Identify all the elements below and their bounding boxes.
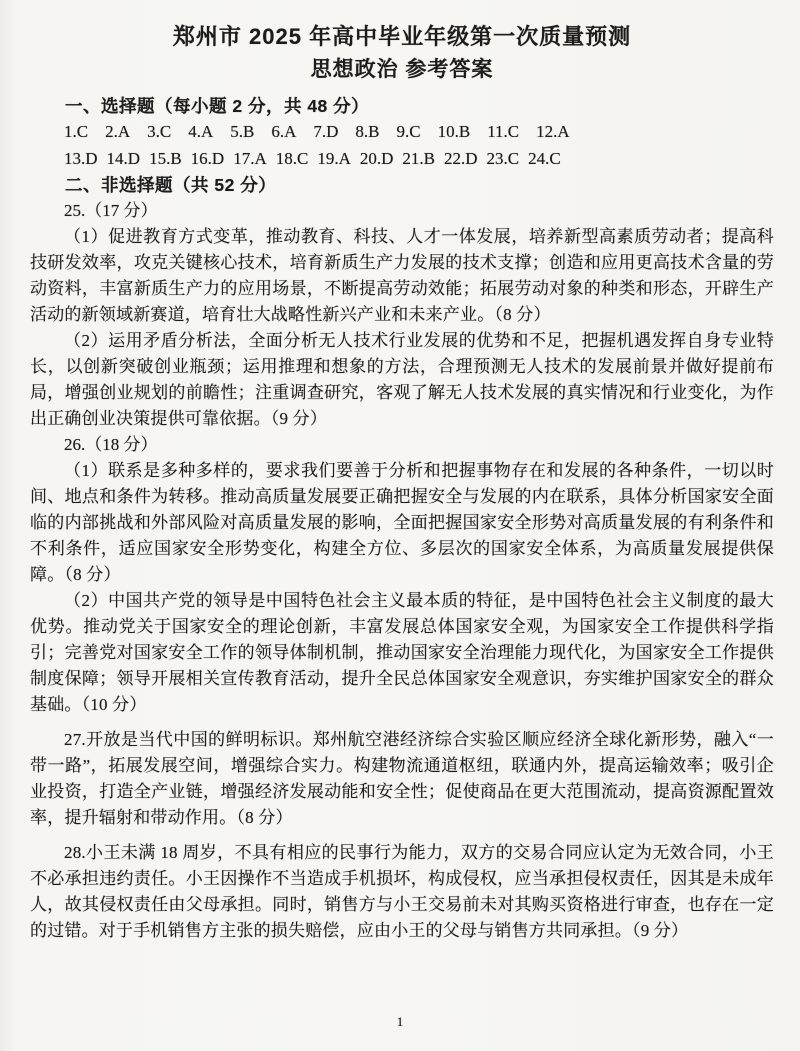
document-page: 郑州市 2025 年高中毕业年级第一次质量预测 思想政治 参考答案 一、选择题（…: [0, 0, 800, 944]
question-number: 26.（18 分）: [30, 432, 774, 458]
answer-item: 19.A: [317, 149, 351, 168]
answer-item: 14.D: [107, 149, 141, 168]
answer-paragraph: （2）中国共产党的领导是中国特色社会主义最本质的特征，是中国特色社会主义制度的最…: [30, 588, 774, 718]
section-heading-nonchoice: 二、非选择题（共 52 分）: [30, 172, 774, 198]
answer-paragraph: （1）联系是多种多样的，要求我们要善于分析和把握事物存在和发展的各种条件，一切以…: [30, 458, 774, 588]
question-block: 25.（17 分）（1）促进教育方式变革，推动教育、科技、人才一体发展，培养新型…: [30, 198, 774, 432]
answer-item: 4.A: [188, 122, 213, 141]
answer-item: 23.C: [487, 149, 520, 168]
answer-row: 13.D14.D15.B16.D17.A18.C19.A20.D21.B22.D…: [30, 146, 774, 173]
answer-row: 1.C2.A3.C4.A5.B6.A7.D8.B9.C10.B11.C12.A: [30, 119, 774, 146]
answer-item: 16.D: [191, 149, 225, 168]
answer-item: 2.A: [105, 122, 130, 141]
choice-answers-list: 1.C2.A3.C4.A5.B6.A7.D8.B9.C10.B11.C12.A1…: [30, 119, 774, 172]
answer-item: 17.A: [233, 149, 267, 168]
answer-item: 3.C: [147, 122, 171, 141]
answer-item: 22.D: [444, 149, 478, 168]
answer-paragraph: 28.小王未满 18 周岁，不具有相应的民事行为能力，双方的交易合同应认定为无效…: [30, 840, 774, 944]
answer-item: 24.C: [528, 149, 561, 168]
answer-item: 21.B: [402, 149, 435, 168]
answer-item: 6.A: [271, 122, 296, 141]
answer-paragraph: （2）运用矛盾分析法，全面分析无人技术行业发展的优势和不足，把握机遇发挥自身专业…: [30, 328, 774, 432]
answer-item: 11.C: [487, 122, 519, 141]
page-number: 1: [0, 1014, 800, 1030]
answer-item: 18.C: [276, 149, 309, 168]
question-block: 27.开放是当代中国的鲜明标识。郑州航空港经济综合实验区顺应经济全球化新形势，融…: [30, 727, 774, 831]
document-subtitle: 思想政治 参考答案: [30, 56, 774, 84]
answer-item: 15.B: [149, 149, 182, 168]
answer-item: 13.D: [64, 149, 98, 168]
answer-paragraph: （1）促进教育方式变革，推动教育、科技、人才一体发展，培养新型高素质劳动者；提高…: [30, 224, 774, 328]
question-block: 28.小王未满 18 周岁，不具有相应的民事行为能力，双方的交易合同应认定为无效…: [30, 840, 774, 944]
answer-item: 1.C: [64, 122, 88, 141]
answer-item: 12.A: [536, 122, 570, 141]
answer-item: 5.B: [230, 122, 254, 141]
answer-paragraph: 27.开放是当代中国的鲜明标识。郑州航空港经济综合实验区顺应经济全球化新形势，融…: [30, 727, 774, 831]
section-heading-choice: 一、选择题（每小题 2 分，共 48 分）: [30, 93, 774, 119]
answer-item: 10.B: [438, 122, 471, 141]
answer-item: 8.B: [355, 122, 379, 141]
answer-item: 20.D: [360, 149, 394, 168]
question-block: 26.（18 分）（1）联系是多种多样的，要求我们要善于分析和把握事物存在和发展…: [30, 432, 774, 718]
answer-item: 7.D: [313, 122, 338, 141]
answer-item: 9.C: [397, 122, 421, 141]
document-title: 郑州市 2025 年高中毕业年级第一次质量预测: [30, 22, 774, 52]
question-number: 25.（17 分）: [30, 198, 774, 224]
nonchoice-answers-body: 25.（17 分）（1）促进教育方式变革，推动教育、科技、人才一体发展，培养新型…: [30, 198, 774, 944]
